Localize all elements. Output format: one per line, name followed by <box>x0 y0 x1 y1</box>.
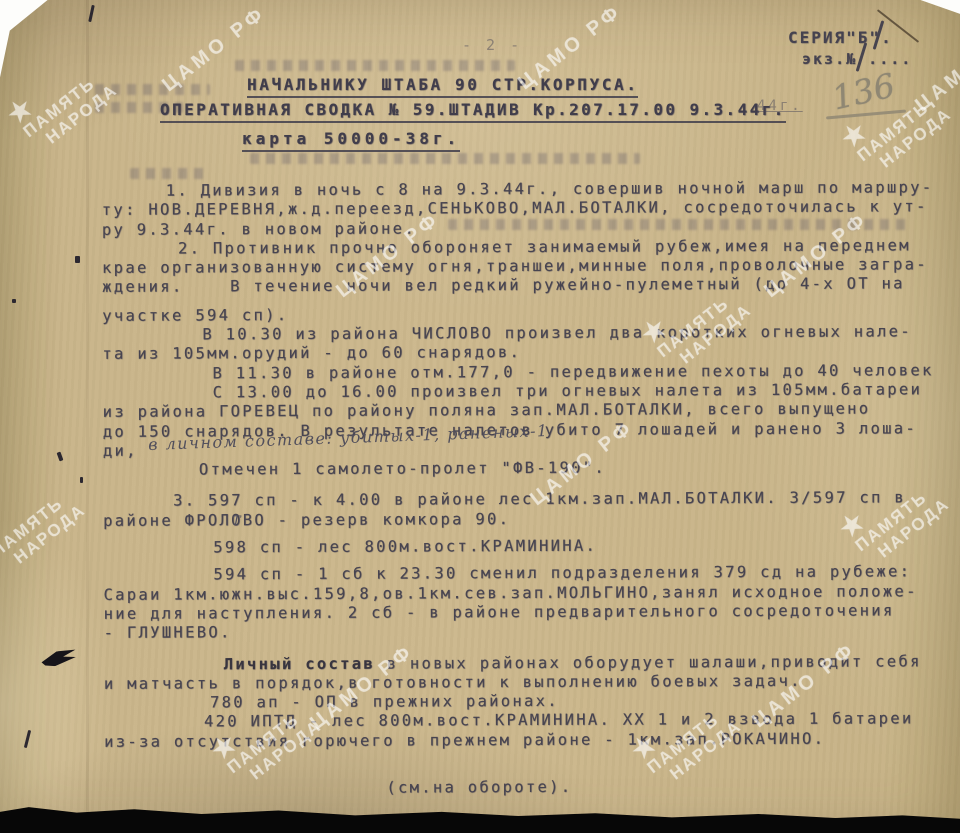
text-line: (см.на обороте). <box>104 776 956 799</box>
bleed-through-note: 44г. <box>757 98 803 114</box>
document-body: 1. Дивизия в ночь с 8 на 9.3.44г., совер… <box>102 178 957 799</box>
ink-speck <box>75 256 80 263</box>
text-line: из-за отсутствия горючего в прежнем райо… <box>104 729 956 752</box>
text-line: Личный состав в новых районах оборудует … <box>104 652 956 675</box>
text-line: 420 ИПТД - лес 800м.вост.КРАМИНИНА. ХХ 1… <box>104 710 956 733</box>
text-line: ние для наступления. 2 сб - в районе пре… <box>104 601 956 624</box>
text-line: 3. 597 сп - к 4.00 в районе лес 1км.зап.… <box>103 489 955 512</box>
bleed-through-smudge <box>250 153 640 164</box>
text-line: ту: НОВ.ДЕРЕВНЯ,ж.д.переезд,СЕНЬКОВО,МАЛ… <box>102 197 954 220</box>
document-map-reference: карта 50000-38г. <box>242 129 460 152</box>
bleed-through-smudge <box>235 60 515 71</box>
document-title: ОПЕРАТИВНАЯ СВОДКА № 59.ШТАДИВ Кр.207.17… <box>160 100 786 123</box>
bleed-through-smudge <box>95 84 210 95</box>
ink-speck <box>80 477 83 483</box>
text-line: районе ФРОЛОВО - резерв комкора 90. <box>103 508 955 531</box>
handwritten-t-mark: Т <box>232 514 241 529</box>
ink-speck <box>12 299 16 303</box>
page-number: - 2 - <box>462 36 522 54</box>
document-addressee-title: НАЧАЛЬНИКУ ШТАБА 90 СТР.КОРПУСА. <box>247 75 638 98</box>
text-line: Отмечен 1 самолето-пролет "ФВ-190". <box>103 457 955 480</box>
text-line: 598 сп - лес 800м.вост.КРАМИНИНА. <box>103 535 955 558</box>
paper-crease <box>86 0 89 833</box>
text-line: - ГЛУШНЕВО. <box>104 620 956 643</box>
bleed-through-smudge <box>130 168 210 179</box>
text-line: ждения. В течение ночи вел редкий ружейн… <box>102 275 954 298</box>
scanned-document-page: - 2 - НАЧАЛЬНИКУ ШТАБА 90 СТР.КОРПУСА. О… <box>0 0 960 833</box>
